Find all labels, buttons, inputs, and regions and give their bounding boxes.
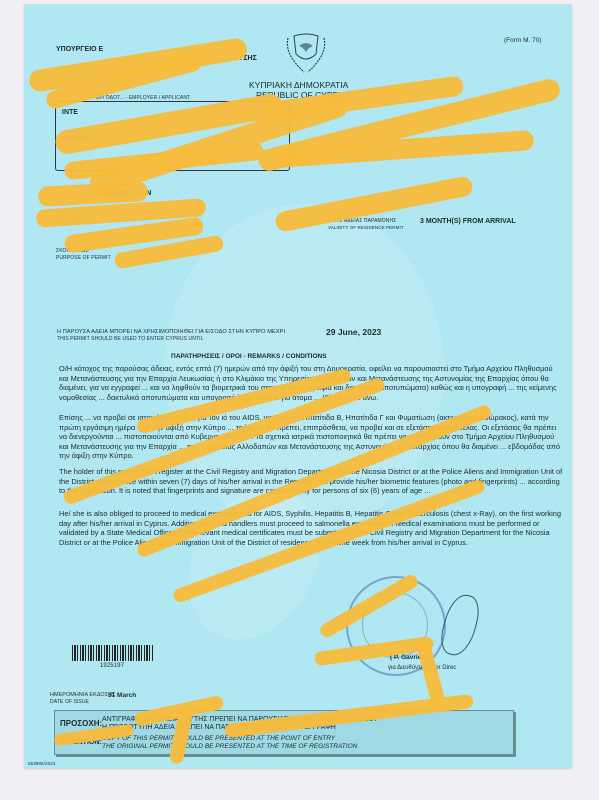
coat-of-arms-icon	[280, 30, 332, 78]
issue-date-value: 31 March	[108, 692, 136, 700]
validity-label-english: VALIDITY OF RESIDENCE PERMIT	[328, 225, 404, 231]
remarks-title: ΠΑΡΑΤΗΡΗΣΕΙΣ / ΟΡΟΙ - REMARKS / CONDITIO…	[171, 353, 327, 361]
issue-date-label-english: DATE OF ISSUE	[50, 699, 89, 705]
employer-name: INTE	[62, 109, 78, 117]
attention-label-greek: ΠΡΟΣΟΧΗ:	[60, 720, 102, 728]
entry-deadline-date: 29 June, 2023	[326, 328, 381, 336]
validity-value: 3 MONTH(S) FROM ARRIVAL	[420, 218, 516, 226]
purpose-label-english: PURPOSE OF PERMIT	[56, 255, 111, 261]
country-name-greek: ΚΥΠΡΙΑΚΗ ΔΗΜΟΚΡΑΤΙΑ	[249, 81, 348, 89]
reference-number: 653985/2023	[28, 761, 55, 767]
entry-label-english: THIS PERMIT SHOULD BE USED TO ENTER CYPR…	[57, 336, 204, 342]
redaction-mark	[416, 643, 445, 705]
ministry-line-1: ΥΠΟΥΡΓΕΙΟ Ε	[56, 46, 103, 54]
barcode	[72, 645, 154, 661]
attention-english-line-1: COPY OF THIS PERMIT SHOULD BE PRESENTED …	[102, 735, 335, 743]
signature-scribble	[437, 591, 484, 659]
barcode-number: 1925197	[100, 663, 124, 669]
issue-date-label-greek: ΗΜΕΡΟΜΗΝΙΑ ΕΚΔΟΣΗΣ	[50, 692, 116, 698]
form-number: (Form M. 70)	[504, 37, 542, 45]
residence-permit-document: ΥΠΟΥΡΓΕΙΟ Ε ΕΥΣΗΣ ΚΥΠΡΙΑΚΗ ΔΗΜΟΚΡΑΤΙΑ RE…	[24, 4, 572, 768]
entry-label-greek: Η ΠΑΡΟΥΣΑ ΑΔΕΙΑ ΜΠΟΡΕΙ ΝΑ ΧΡΗΣΙΜΟΠΟΙΗΘΕΙ…	[57, 329, 285, 335]
remarks-greek-paragraph-2: Επίσης ... να προβεί σε ιατρικές εξετάσε…	[59, 413, 564, 461]
attention-english-line-2: THE ORIGINAL PERMIT SHOULD BE PRESENTED …	[102, 743, 357, 751]
